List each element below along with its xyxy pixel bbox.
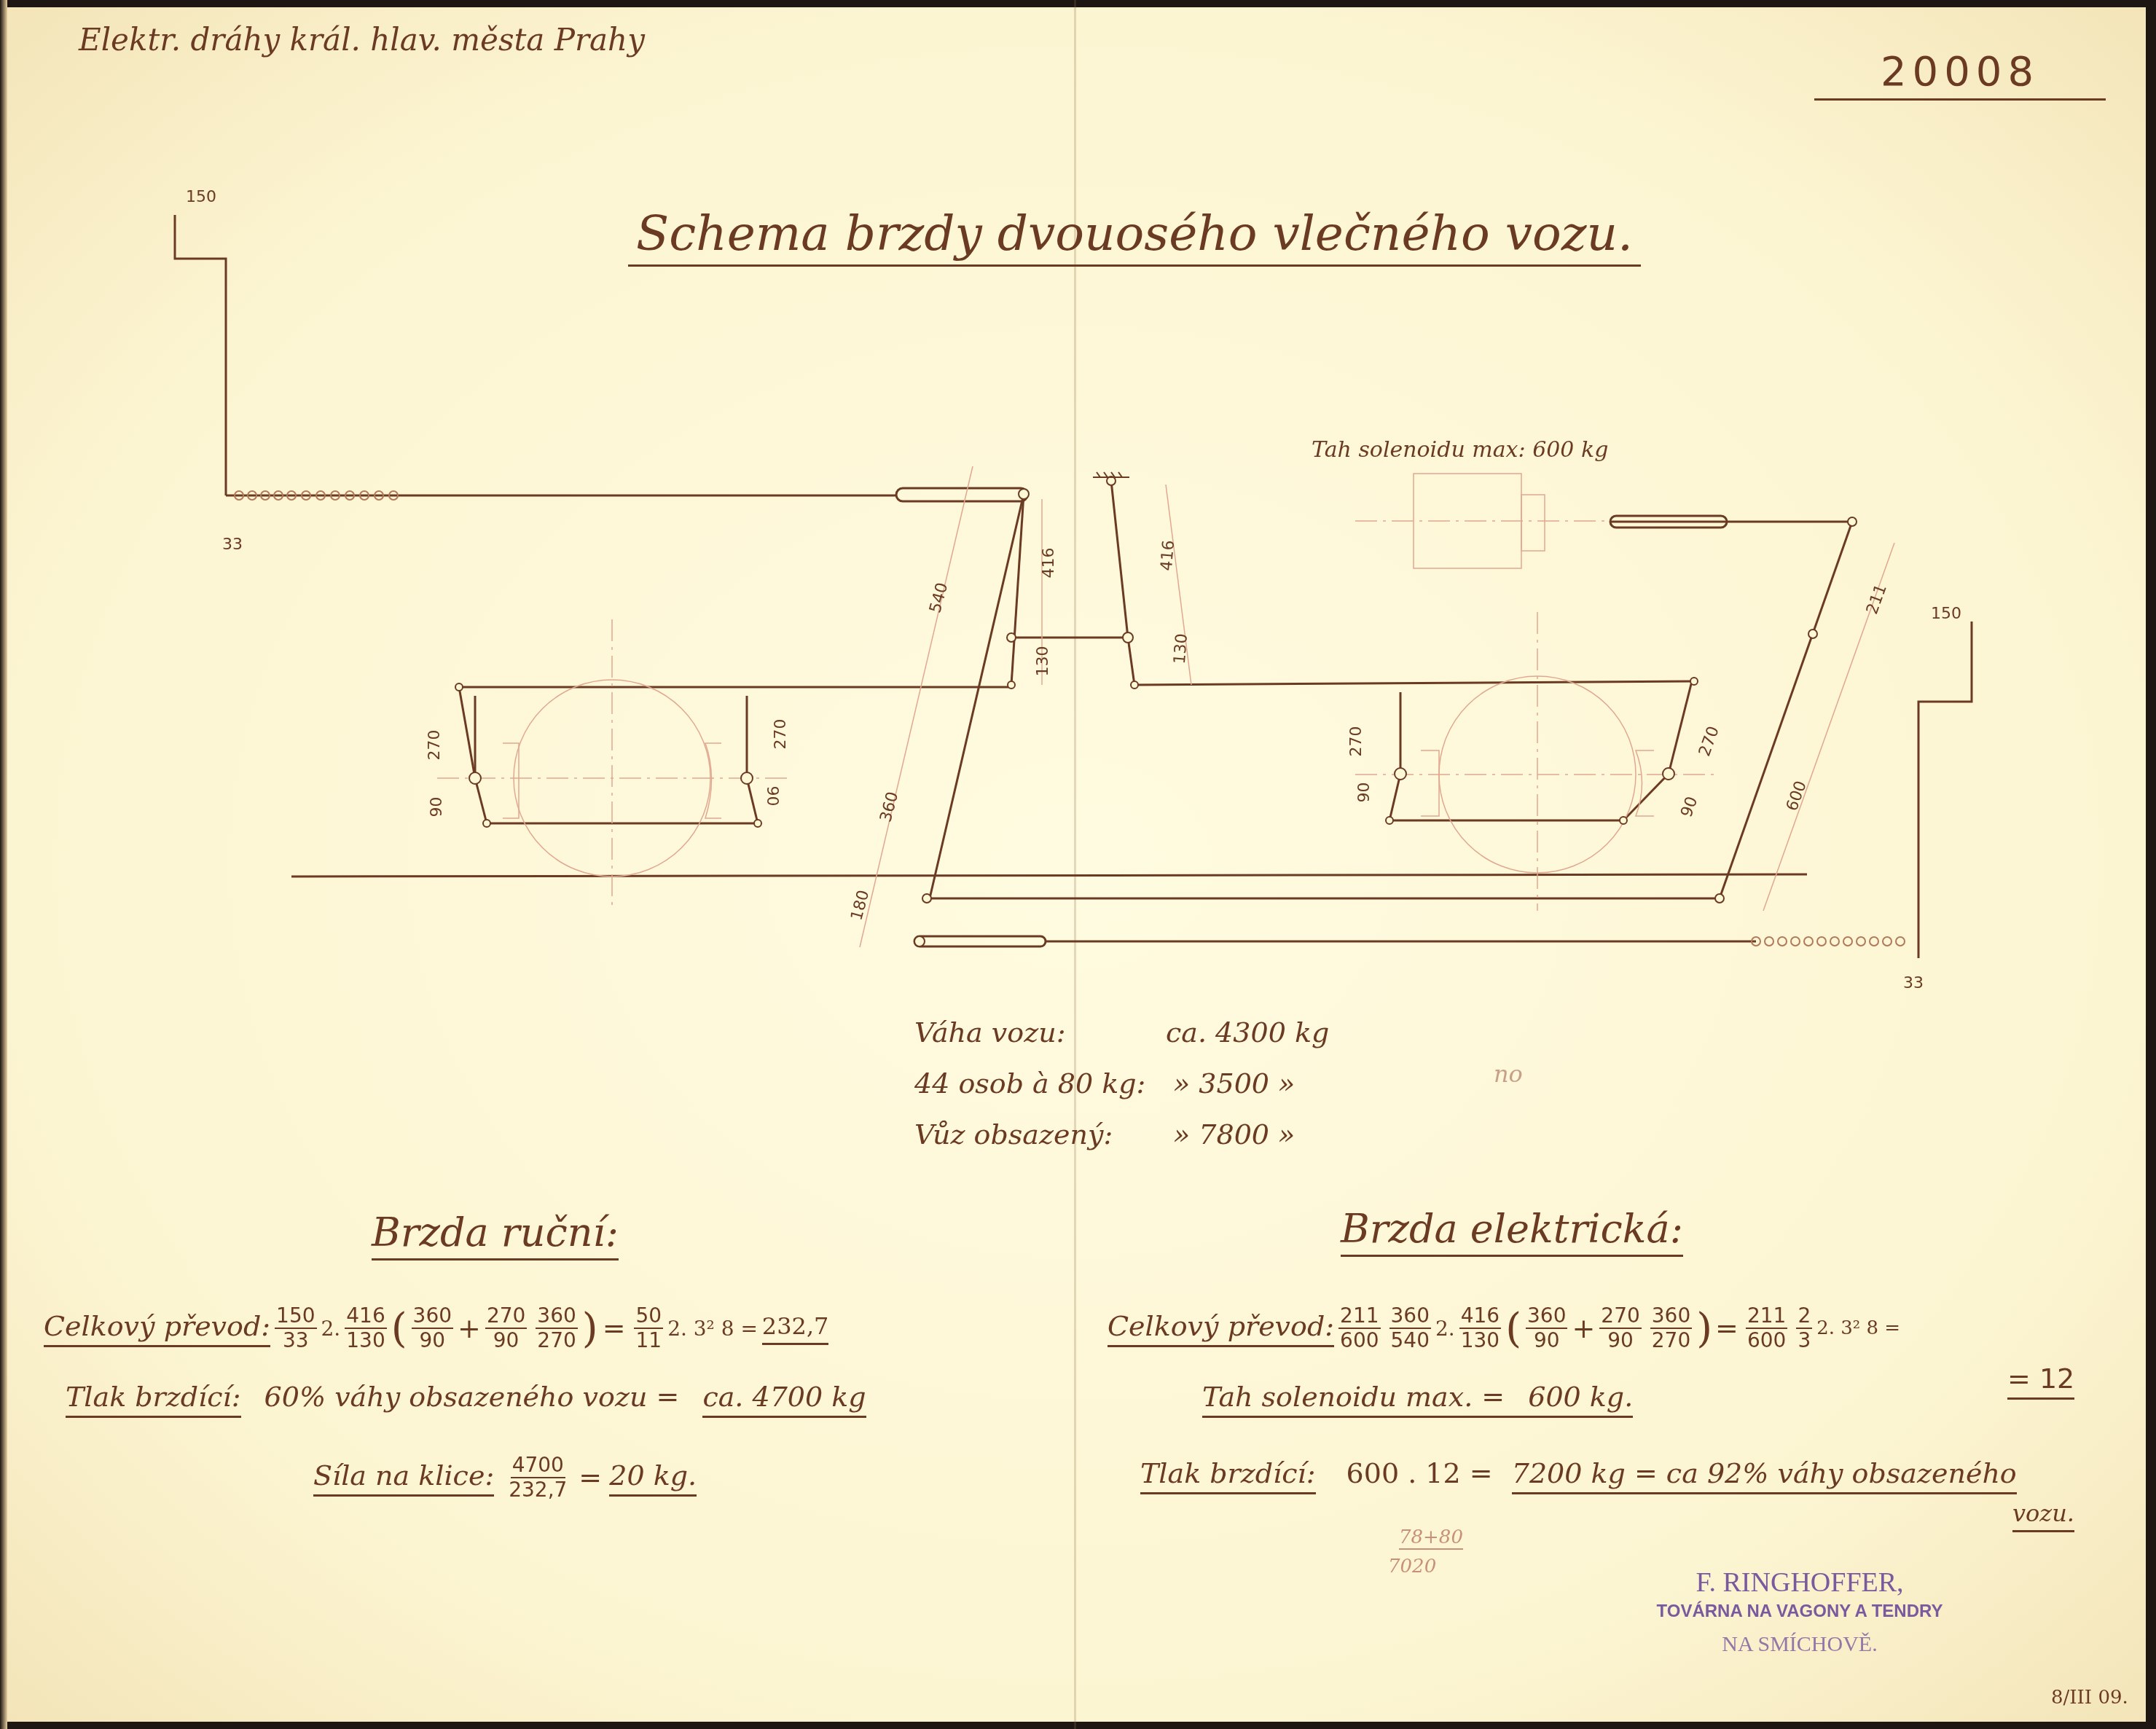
fraction: 36090: [412, 1304, 453, 1352]
fraction: 23: [1796, 1304, 1812, 1352]
electric-brake-pressure-row: Tlak brzdící: 600 . 12 = 7200 kg = ca 92…: [1140, 1457, 2017, 1489]
fraction: 416130: [345, 1304, 386, 1352]
weight-row1-value: ca. 4300 kg: [1166, 1016, 1329, 1048]
fraction: 360540: [1389, 1304, 1431, 1352]
weight-row3-label: Vůz obsazený:: [914, 1118, 1113, 1150]
pencil-note-top: 78+80: [1399, 1526, 1463, 1550]
hand-brake-ratio-row: Celkový převod: 15033 2. 416130 ( 36090 …: [44, 1304, 828, 1352]
fraction: 27090: [1599, 1304, 1641, 1352]
wheel1-lever-left: [459, 687, 475, 778]
dim-wheel2-90-left: 90: [1355, 783, 1373, 803]
slotted-link-bottom: [914, 936, 1046, 946]
solenoid-label: Tah solenoidu max: 600 kg: [1312, 437, 1608, 463]
stamp-line-2: TOVÁRNA NA VAGONY A TENDRY: [1625, 1601, 1975, 1622]
fraction: 36090: [1526, 1304, 1567, 1352]
fraction: 27090: [485, 1304, 527, 1352]
electric-brake-ratio-result: = 12: [2007, 1363, 2074, 1400]
dim-130-b: 130: [1171, 632, 1192, 664]
fraction: 211600: [1338, 1304, 1380, 1352]
hand-brake-ratio-result: 232,7: [762, 1312, 829, 1345]
weight-row2-value: » 3500 »: [1173, 1067, 1295, 1099]
brake-rod-right-upper: [1134, 681, 1694, 685]
fraction: 4700232,7: [509, 1454, 567, 1502]
hand-brake-pressure-row: Tlak brzdící: 60% váhy obsazeného vozu =…: [66, 1381, 866, 1413]
electric-brake-ratio-row: Celkový převod: 211600 360540 2. 416130 …: [1108, 1304, 1900, 1352]
fraction: 5011: [634, 1304, 663, 1352]
hand-brake-pressure-text: 60% váhy obsazeného vozu =: [264, 1381, 680, 1413]
fraction: 15033: [275, 1304, 316, 1352]
dim-wheel1-90-left: 90: [428, 797, 446, 818]
hand-brake-crank-left: [175, 215, 226, 495]
margin-note: no: [1494, 1060, 1523, 1088]
pencil-note-bottom: 7020: [1388, 1556, 1436, 1577]
electric-brake-pressure-cont: vozu.: [2012, 1499, 2074, 1532]
hand-brake-pressure-label: Tlak brzdící:: [66, 1381, 241, 1418]
electric-brake-ratio-label: Celkový převod:: [1108, 1310, 1334, 1347]
dim-33-left: 33: [222, 536, 243, 554]
fraction: 416130: [1459, 1304, 1501, 1352]
dim-150-left: 150: [186, 188, 216, 206]
drawing-sheet: Elektr. dráhy král. hlav. města Prahy 20…: [0, 0, 2156, 1729]
dim-wheel1-90-right: 90: [763, 786, 781, 807]
chain-right: [1752, 937, 1905, 946]
dim-150-right: 150: [1931, 605, 1961, 623]
dim-130-a: 130: [1034, 646, 1052, 677]
hand-brake-force-row: Síla na klice: 4700232,7 = 20 kg.: [313, 1454, 697, 1502]
lever-130-right: [1128, 638, 1134, 685]
lever-211-600: [1720, 522, 1852, 898]
dim-33-right: 33: [1903, 974, 1924, 992]
lever-416-right: [1111, 481, 1128, 638]
drawing-date: 8/III 09.: [2051, 1687, 2128, 1709]
hand-brake-pressure-result: ca. 4700 kg: [702, 1381, 866, 1418]
wheel2-lever-right: [1669, 681, 1692, 774]
electric-brake-solenoid-value: 600 kg.: [1528, 1381, 1633, 1413]
electric-brake-pressure-label: Tlak brzdící:: [1140, 1457, 1316, 1494]
stamp-line-1: F. RINGHOFFER,: [1625, 1567, 1975, 1599]
hand-brake-crank-right: [1918, 622, 1972, 958]
weight-row1-label: Váha vozu:: [914, 1016, 1065, 1048]
fraction: 360270: [1650, 1304, 1692, 1352]
electric-brake-pressure-result: 7200 kg = ca 92% váhy obsazeného: [1512, 1457, 2017, 1494]
electric-brake-pressure-text: 600 . 12 =: [1346, 1457, 1493, 1489]
rail-line: [291, 874, 1807, 877]
main-lever-540: [929, 494, 1024, 901]
solenoid-plunger: [1521, 495, 1545, 551]
fraction: 211600: [1746, 1304, 1787, 1352]
hand-brake-force-result: 20 kg.: [609, 1459, 697, 1497]
hand-brake-ratio-label: Celkový převod:: [44, 1310, 270, 1347]
weight-row2-label: 44 osob à 80 kg:: [914, 1067, 1145, 1099]
dim-wheel1-270-right: 270: [772, 719, 790, 750]
electric-brake-solenoid-row: Tah solenoidu max. = 600 kg.: [1202, 1381, 1633, 1418]
dim-wheel1-270-left: 270: [426, 730, 444, 761]
dim-wheel2-270-left: 270: [1347, 726, 1365, 757]
hand-brake-force-label: Síla na klice:: [313, 1459, 494, 1497]
electric-brake-heading: Brzda elektrická:: [1341, 1206, 1683, 1257]
stamp-line-3: NA SMÍCHOVĚ.: [1625, 1632, 1975, 1657]
hand-brake-heading: Brzda ruční:: [372, 1209, 619, 1261]
dim-416-b: 416: [1158, 539, 1179, 571]
dim-416-a: 416: [1040, 548, 1058, 579]
electric-brake-solenoid-label: Tah solenoidu max. =: [1202, 1381, 1505, 1413]
weight-row3-value: » 7800 »: [1173, 1118, 1295, 1150]
fraction: 360270: [536, 1304, 577, 1352]
slotted-link-top: [896, 488, 1027, 501]
